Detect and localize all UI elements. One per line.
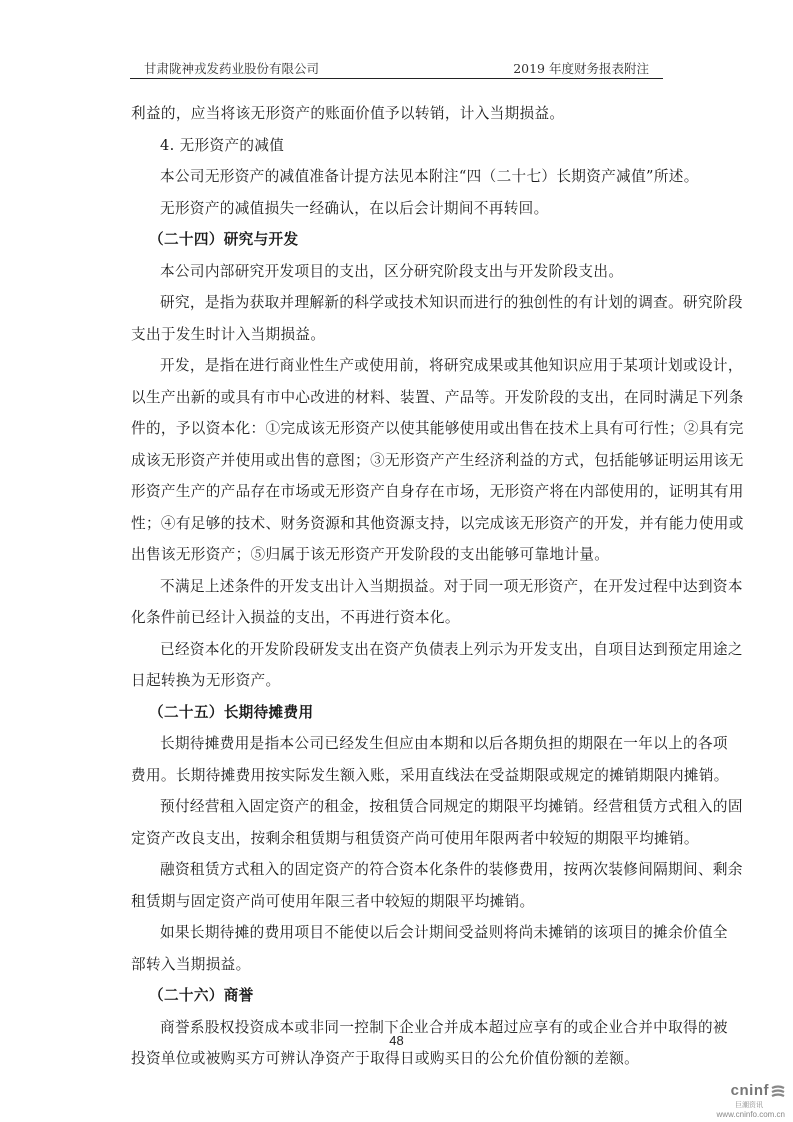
text-line: 性；④有足够的技术、财务资源和其他资源支持，以完成该无形资产的开发，并有能力使用… bbox=[131, 508, 663, 540]
text-line: 无形资产的减值损失一经确认，在以后会计期间不再转回。 bbox=[131, 193, 663, 225]
text-line: 长期待摊费用是指本公司已经发生但应由本期和以后各期负担的期限在一年以上的各项 bbox=[131, 728, 663, 760]
text-line: 件的，予以资本化：①完成该无形资产以使其能够使用或出售在技术上具有可行性；②具有… bbox=[131, 413, 663, 445]
report-title: 2019 年度财务报表附注 bbox=[513, 59, 649, 77]
text-line: 费用。长期待摊费用按实际发生额入账，采用直线法在受益期限或规定的摊销期限内摊销。 bbox=[131, 760, 663, 792]
cninfo-logo: cninf 巨潮资讯 www.cninfo.com.cn bbox=[705, 1082, 785, 1119]
section-heading: （二十五）长期待摊费用 bbox=[131, 697, 663, 729]
text-line: 不满足上述条件的开发支出计入当期损益。对于同一项无形资产，在开发过程中达到资本 bbox=[131, 571, 663, 603]
text-line: 研究，是指为获取并理解新的科学或技术知识而进行的独创性的有计划的调查。研究阶段 bbox=[131, 287, 663, 319]
page-header: 甘肃陇神戎发药业股份有限公司 2019 年度财务报表附注 bbox=[130, 56, 663, 79]
text-line: 融资租赁方式租入的固定资产的符合资本化条件的装修费用，按两次装修间隔期间、剩余 bbox=[131, 854, 663, 886]
logo-chinese: 巨潮资讯 bbox=[705, 1100, 785, 1110]
text-line: 部转入当期损益。 bbox=[131, 949, 663, 981]
text-line: 化条件前已经计入损益的支出，不再进行资本化。 bbox=[131, 602, 663, 634]
page-number: 48 bbox=[0, 1033, 793, 1048]
text-line: 形资产生产的产品存在市场或无形资产自身存在市场，无形资产将在内部使用的，证明其有… bbox=[131, 476, 663, 508]
text-line: 成该无形资产并使用或出售的意图；③无形资产产生经济利益的方式，包括能够证明运用该… bbox=[131, 445, 663, 477]
text-line: 本公司无形资产的减值准备计提方法见本附注“四（二十七）长期资产减值”所述。 bbox=[131, 161, 663, 193]
section-heading: （二十四）研究与开发 bbox=[131, 224, 663, 256]
document-body: 利益的，应当将该无形资产的账面价值予以转销，计入当期损益。4. 无形资产的减值本… bbox=[131, 98, 663, 1075]
text-line: 以生产出新的或具有市中心改进的材料、装置、产品等。开发阶段的支出，在同时满足下列… bbox=[131, 382, 663, 414]
logo-url: www.cninfo.com.cn bbox=[705, 1110, 785, 1119]
text-line: 本公司内部研究开发项目的支出，区分研究阶段支出与开发阶段支出。 bbox=[131, 256, 663, 288]
text-line: 如果长期待摊的费用项目不能使以后会计期间受益则将尚未摊销的该项目的摊余价值全 bbox=[131, 917, 663, 949]
text-line: 出售该无形资产；⑤归属于该无形资产开发阶段的支出能够可靠地计量。 bbox=[131, 539, 663, 571]
text-line: 利益的，应当将该无形资产的账面价值予以转销，计入当期损益。 bbox=[131, 98, 663, 130]
section-heading: （二十六）商誉 bbox=[131, 980, 663, 1012]
cninfo-swirl-icon bbox=[771, 1085, 785, 1097]
text-line: 预付经营租入固定资产的租金，按租赁合同规定的期限平均摊销。经营租赁方式租入的固 bbox=[131, 791, 663, 823]
text-line: 开发，是指在进行商业性生产或使用前，将研究成果或其他知识应用于某项计划或设计， bbox=[131, 350, 663, 382]
text-line: 日起转换为无形资产。 bbox=[131, 665, 663, 697]
text-line: 租赁期与固定资产尚可使用年限三者中较短的期限平均摊销。 bbox=[131, 886, 663, 918]
company-name: 甘肃陇神戎发药业股份有限公司 bbox=[144, 59, 319, 77]
text-line: 4. 无形资产的减值 bbox=[131, 130, 663, 162]
text-line: 已经资本化的开发阶段研发支出在资产负债表上列示为开发支出，自项目达到预定用途之 bbox=[131, 634, 663, 666]
text-line: 定资产改良支出，按剩余租赁期与租赁资产尚可使用年限两者中较短的期限平均摊销。 bbox=[131, 823, 663, 855]
logo-brand: cninf bbox=[731, 1082, 785, 1099]
text-line: 支出于发生时计入当期损益。 bbox=[131, 319, 663, 351]
